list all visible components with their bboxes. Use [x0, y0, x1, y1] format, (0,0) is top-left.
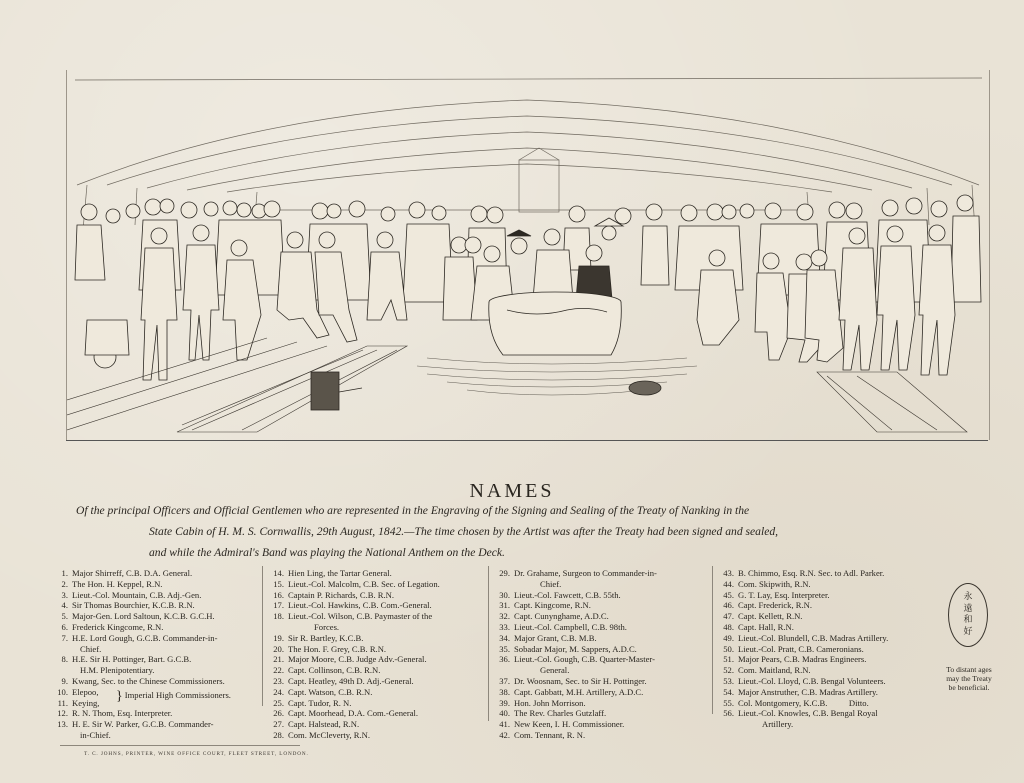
document-page: NAMES Of the principal Officers and Offi… [0, 0, 1024, 783]
list-item: 45.G. T. Lay, Esq. Interpreter. [718, 590, 943, 601]
seal-character: 永 [963, 592, 972, 604]
list-item: 47.Capt. Kellett, R.N. [718, 611, 943, 622]
list-item: 26.Capt. Moorhead, D.A. Com.-General. [268, 708, 483, 719]
list-item: 34.Major Grant, C.B. M.B. [494, 633, 709, 644]
names-column-4: 43.B. Chimmo, Esq. R.N. Sec. to Adl. Par… [718, 568, 943, 730]
seal-character: 遠 [963, 604, 972, 616]
list-item: 29.Dr. Grahame, Surgeon to Commander-in- [494, 568, 709, 579]
list-item: 38.Capt. Gabbatt, M.H. Artillery, A.D.C. [494, 687, 709, 698]
list-item-continuation: in-Chief. [52, 730, 262, 741]
list-item: 31.Capt. Kingcome, R.N. [494, 600, 709, 611]
list-item: 20.The Hon. F. Grey, C.B. R.N. [268, 644, 483, 655]
column-divider [262, 566, 263, 706]
list-item-continuation: Forces. [268, 622, 483, 633]
list-item: 9.Kwang, Sec. to the Chinese Commissione… [52, 676, 262, 687]
column-divider [712, 566, 713, 714]
list-item: 33.Lieut.-Col. Campbell, C.B. 98th. [494, 622, 709, 633]
list-item-continuation: Chief. [494, 579, 709, 590]
brace-icon: } [116, 689, 123, 704]
commissioners-brace-group: 10.Elepoo, 11.Keying, }Imperial High Com… [52, 687, 262, 709]
list-item: 48.Capt. Hall, R.N. [718, 622, 943, 633]
list-item: 40.The Rev. Charles Gutzlaff. [494, 708, 709, 719]
list-item: 49.Lieut.-Col. Blundell, C.B. Madras Art… [718, 633, 943, 644]
engraving-scene-graphic [67, 70, 989, 440]
chinese-seal: 永 遠 和 好 [948, 583, 988, 647]
list-item: 18.Lieut.-Col. Wilson, C.B. Paymaster of… [268, 611, 483, 622]
list-item: 44.Com. Skipwith, R.N. [718, 579, 943, 590]
list-item: 8.H.E. Sir H. Pottinger, Bart. G.C.B. [52, 654, 262, 665]
list-item: 32.Capt. Cunynghame, A.D.C. [494, 611, 709, 622]
seal-caption: To distant ages may the Treaty be benefi… [936, 665, 1002, 692]
printer-imprint: T. C. Johns, Printer, Wine Office Court,… [84, 751, 309, 757]
list-item: 21.Major Moore, C.B. Judge Adv.-General. [268, 654, 483, 665]
subtitle-line-1: Of the principal Officers and Official G… [76, 500, 956, 521]
footer-rule [60, 745, 300, 746]
list-item: 23.Capt. Heatley, 49th D. Adj.-General. [268, 676, 483, 687]
list-item-continuation: Chief. [52, 644, 262, 655]
list-item: 1.Major Shirreff, C.B. D.A. General. [52, 568, 262, 579]
list-item: 13.H. E. Sir W. Parker, G.C.B. Commander… [52, 719, 262, 730]
list-item: 24.Capt. Watson, C.B. R.N. [268, 687, 483, 698]
list-item: 17.Lieut.-Col. Hawkins, C.B. Com.-Genera… [268, 600, 483, 611]
list-item: 5.Major-Gen. Lord Saltoun, K.C.B. G.C.H. [52, 611, 262, 622]
list-item: 41.New Keen, I. H. Commissioner. [494, 719, 709, 730]
list-item: 22.Capt. Collinson, C.B. R.N. [268, 665, 483, 676]
list-item-continuation: H.M. Plenipotentiary. [52, 665, 262, 676]
list-item: 36.Lieut.-Col. Gough, C.B. Quarter-Maste… [494, 654, 709, 665]
list-item: 6.Frederick Kingcome, R.N. [52, 622, 262, 633]
list-item: 14.Hien Ling, the Tartar General. [268, 568, 483, 579]
names-column-1: 1.Major Shirreff, C.B. D.A. General. 2.T… [52, 568, 262, 741]
list-item: 7.H.E. Lord Gough, G.C.B. Commander-in- [52, 633, 262, 644]
subtitle-line-3: and while the Admiral's Band was playing… [76, 542, 956, 563]
list-item: 19.Sir R. Bartley, K.C.B. [268, 633, 483, 644]
list-item: 12.R. N. Thom, Esq. Interpreter. [52, 708, 262, 719]
list-item: 53.Lieut.-Col. Lloyd, C.B. Bengal Volunt… [718, 676, 943, 687]
list-item: 27.Capt. Halstead, R.N. [268, 719, 483, 730]
list-item: 51.Major Pears, C.B. Madras Engineers. [718, 654, 943, 665]
list-item: 55.Col. Montgomery, K.C.B. Ditto. [718, 698, 943, 709]
subtitle-line-2: State Cabin of H. M. S. Cornwallis, 29th… [76, 521, 956, 542]
seal-character: 和 [963, 615, 972, 627]
list-item: 3.Lieut.-Col. Mountain, C.B. Adj.-Gen. [52, 590, 262, 601]
list-item: 28.Com. McCleverty, R.N. [268, 730, 483, 741]
list-item: 46.Capt. Frederick, R.N. [718, 600, 943, 611]
list-item: 56.Lieut.-Col. Knowles, C.B. Bengal Roya… [718, 708, 943, 719]
list-item: 42.Com. Tennant, R. N. [494, 730, 709, 741]
list-item: 4.Sir Thomas Bourchier, K.C.B. R.N. [52, 600, 262, 611]
names-column-3: 29.Dr. Grahame, Surgeon to Commander-in-… [494, 568, 709, 741]
seal-character: 好 [963, 627, 972, 639]
list-item: 52.Com. Maitland, R.N. [718, 665, 943, 676]
list-item: 15.Lieut.-Col. Malcolm, C.B. Sec. of Leg… [268, 579, 483, 590]
list-item-continuation: General. [494, 665, 709, 676]
engraving-illustration [66, 70, 990, 440]
brace-annotation: }Imperial High Commissioners. [116, 690, 231, 702]
list-item: 2.The Hon. H. Keppel, R.N. [52, 579, 262, 590]
list-item: 43.B. Chimmo, Esq. R.N. Sec. to Adl. Par… [718, 568, 943, 579]
column-divider [488, 566, 489, 721]
list-item-continuation: Artillery. [718, 719, 943, 730]
list-item: 37.Dr. Woosnam, Sec. to Sir H. Pottinger… [494, 676, 709, 687]
list-item: 35.Sobadar Major, M. Sappers, A.D.C. [494, 644, 709, 655]
list-item: 50.Lieut.-Col. Pratt, C.B. Cameronians. [718, 644, 943, 655]
names-subtitle: Of the principal Officers and Official G… [76, 500, 956, 563]
list-item: 16.Captain P. Richards, C.B. R.N. [268, 590, 483, 601]
engraving-border-rule [66, 440, 988, 441]
list-item: 39.Hon. John Morrison. [494, 698, 709, 709]
list-item: 54.Major Anstruther, C.B. Madras Artille… [718, 687, 943, 698]
names-column-2: 14.Hien Ling, the Tartar General. 15.Lie… [268, 568, 483, 741]
list-item: 30.Lieut.-Col. Fawcett, C.B. 55th. [494, 590, 709, 601]
list-item: 25.Capt. Tudor, R. N. [268, 698, 483, 709]
